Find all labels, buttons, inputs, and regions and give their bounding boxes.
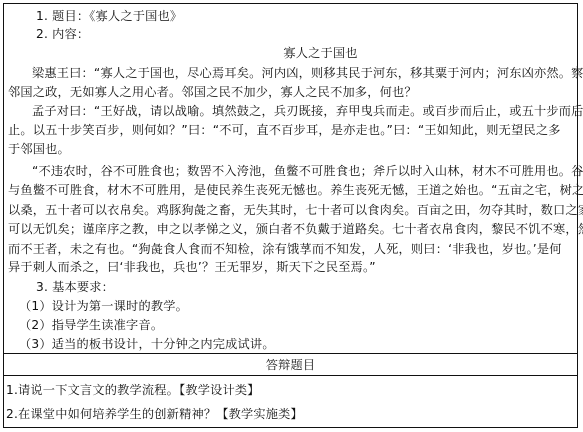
defense-header: 答辩题目 [4, 356, 577, 375]
passage-line: 梁惠王曰：“寡人之于国也，尽心焉耳矣。河内凶，则移其民于河东，移其粟于河内；河东… [4, 64, 577, 83]
passage-line: 孟子对曰：“王好战，请以战喻。填然鼓之，兵刃既接，弃甲曳兵而走。或百步而后止，或… [4, 102, 577, 121]
passage-line: “不违农时，谷不可胜食也；数罟不入洿池，鱼鳖不可胜食也；斧斤以时入山林，材木不可… [4, 162, 577, 181]
defense-question: 1.请说一下文言文的教学流程。【教学设计类】 [4, 381, 577, 400]
requirement-item: （2）指导学生读准字音。 [4, 316, 577, 335]
requirement-item: （1）设计为第一课时的教学。 [4, 297, 577, 316]
passage-line: 与鱼鳖不可胜食，材木不可胜用，是使民养生丧死无憾也。养生丧死无憾，王道之始也。“… [4, 181, 577, 200]
requirement-item: （3）适当的板书设计，十分钟之内完成试讲。 [4, 335, 577, 354]
exam-table: 1. 题目：《寡人之于国也》 2. 内容： 寡人之于国也 梁惠王曰：“寡人之于国… [3, 3, 578, 428]
passage-line: 可以无饥矣；谨庠序之教，申之以孝悌之义，颁白者不负戴于道路矣。七十者衣帛食肉，黎… [4, 220, 577, 239]
passage-line: 邻国之政，无如寡人之用心者。邻国之民不加少，寡人之民不加多，何也？ [4, 83, 577, 102]
passage-line: 止。以五十步笑百步，则何如？”曰：“不可，直不百步耳，是亦走也。”曰：“王如知此… [4, 121, 577, 140]
passage-line: 以桑，五十者可以衣帛矣。鸡豚狗彘之畜，无失其时，七十者可以食肉矣。百亩之田，勿夺… [4, 201, 577, 220]
content-label: 2. 内容： [4, 25, 577, 44]
passage-line: 而不王者，未之有也。“狗彘食人食而不知检，涂有饿莩而不知发，人死，则曰：‘非我也… [4, 240, 577, 259]
divider [4, 353, 577, 354]
topic-label: 1. 题目：《寡人之于国也》 [4, 7, 577, 26]
passage-line: 异于刺人而杀之，曰‘非我也，兵也’？王无罪岁，斯天下之民至焉。” [4, 258, 577, 277]
passage-line: 于邻国也。 [4, 140, 577, 159]
passage-title: 寡人之于国也 [4, 44, 577, 63]
divider [4, 375, 577, 376]
defense-question: 2.在课堂中如何培养学生的创新精神？【教学实施类】 [4, 405, 577, 424]
requirements-label: 3. 基本要求： [4, 278, 577, 297]
